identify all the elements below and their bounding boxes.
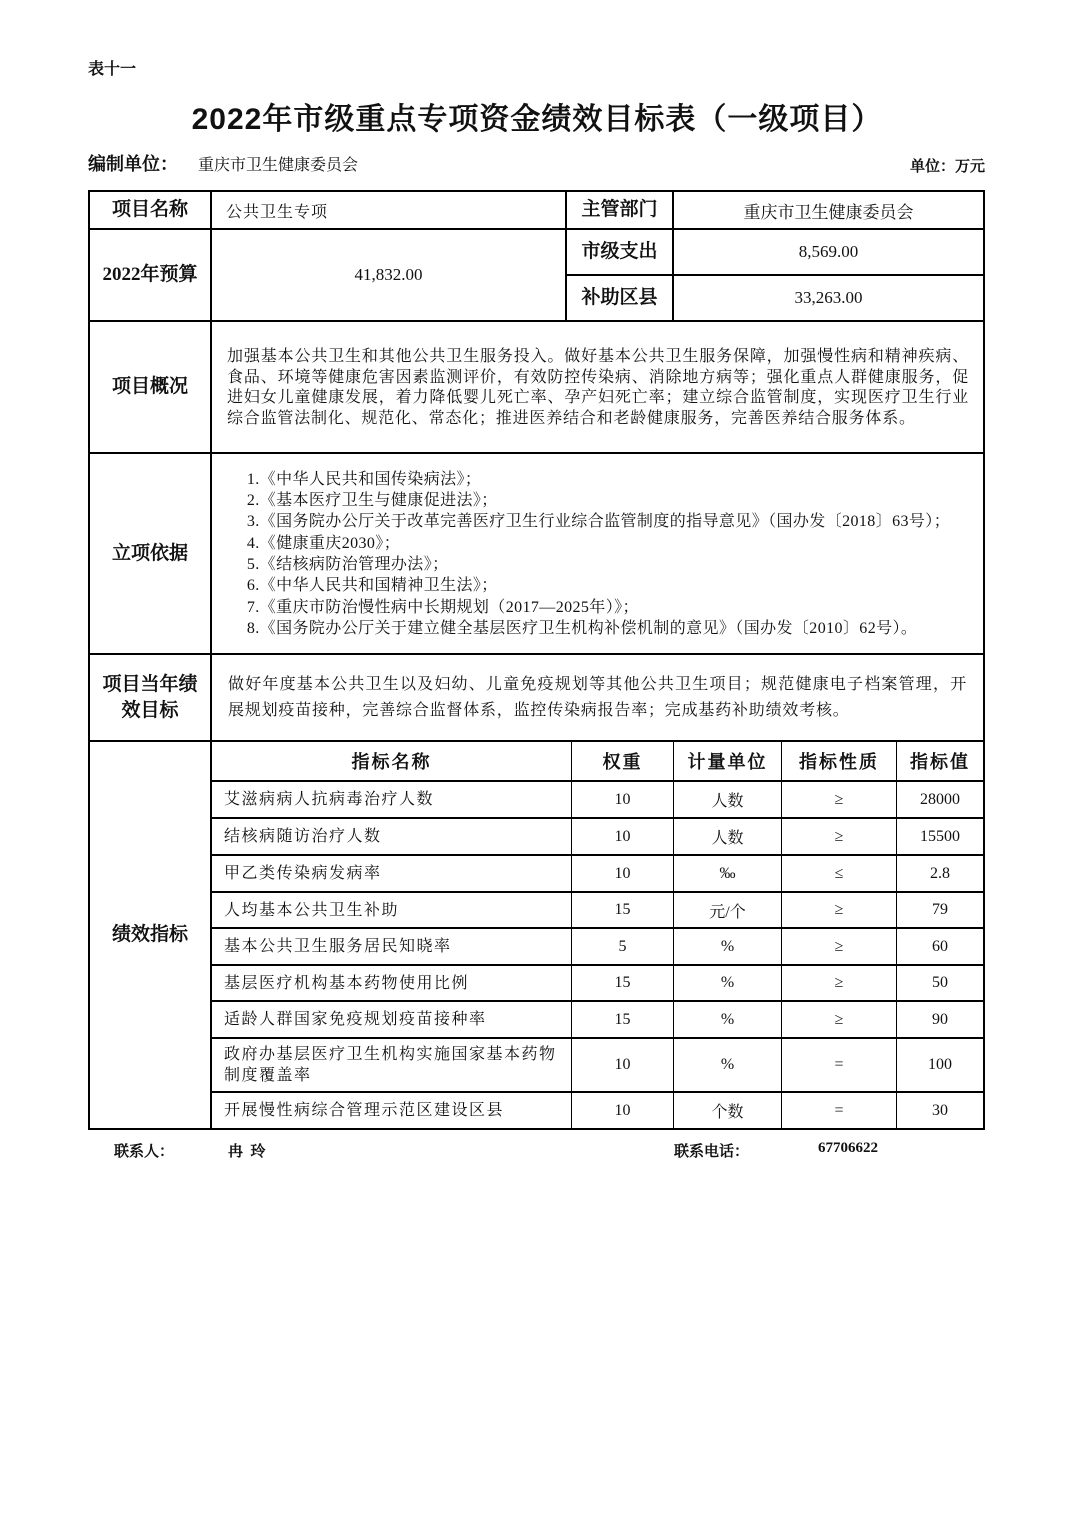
contact-row: 联系人： 冉 玲 联系电话： 67706622 <box>88 1138 985 1164</box>
indicator-name: 政府办基层医疗卫生机构实施国家基本药物制度覆盖率 <box>212 1039 572 1091</box>
contact-name: 冉 玲 <box>228 1140 266 1161</box>
indicator-name: 开展慢性病综合管理示范区建设区县 <box>212 1093 572 1128</box>
indicator-row: 甲乙类传染病发病率 10 ‰ ≤ 2.8 <box>212 856 983 893</box>
indicator-nature: ≥ <box>782 966 897 1000</box>
indicator-name: 结核病随访治疗人数 <box>212 819 572 854</box>
indicator-name: 人均基本公共卫生补助 <box>212 893 572 927</box>
indicator-weight: 5 <box>572 929 674 964</box>
annual-goal-text: 做好年度基本公共卫生以及妇幼、儿童免疫规划等其他公共卫生项目；规范健康电子档案管… <box>212 672 983 724</box>
annual-goal-row: 项目当年绩效目标 做好年度基本公共卫生以及妇幼、儿童免疫规划等其他公共卫生项目；… <box>90 655 983 742</box>
indicators-label: 绩效指标 <box>90 742 212 1128</box>
indicator-row: 人均基本公共卫生补助 15 元/个 ≥ 79 <box>212 893 983 929</box>
basis-item: 2.《基本医疗卫生与健康促进法》； <box>247 490 950 511</box>
indicator-weight: 15 <box>572 893 674 927</box>
budget-label: 2022年预算 <box>90 230 212 320</box>
indicator-nature: ≥ <box>782 929 897 964</box>
city-expense-label: 市级支出 <box>567 230 674 274</box>
indicator-name: 艾滋病病人抗病毒治疗人数 <box>212 782 572 817</box>
meta-row: 编制单位： 重庆市卫生健康委员会 单位：万元 <box>88 150 985 176</box>
budget-breakdown: 市级支出 8,569.00 补助区县 33,263.00 <box>567 230 983 320</box>
indicator-name: 基本公共卫生服务居民知晓率 <box>212 929 572 964</box>
city-expense-row: 市级支出 8,569.00 <box>567 230 983 276</box>
basis-item: 8.《国务院办公厅关于建立健全基层医疗卫生机构补偿机制的意见》（国办发〔2010… <box>247 618 950 639</box>
annual-goal-cell: 做好年度基本公共卫生以及妇幼、儿童免疫规划等其他公共卫生项目；规范健康电子档案管… <box>212 655 983 740</box>
department-label: 主管部门 <box>567 192 674 228</box>
overview-label: 项目概况 <box>90 322 212 452</box>
indicator-weight: 10 <box>572 819 674 854</box>
overview-row: 项目概况 加强基本公共卫生和其他公共卫生服务投入。做好基本公共卫生服务保障，加强… <box>90 322 983 454</box>
indicator-value: 15500 <box>897 819 983 854</box>
indicator-nature: ≥ <box>782 782 897 817</box>
indicator-value: 2.8 <box>897 856 983 891</box>
contact-label: 联系人： <box>114 1140 174 1161</box>
indicator-nature: = <box>782 1039 897 1091</box>
indicator-row: 艾滋病病人抗病毒治疗人数 10 人数 ≥ 28000 <box>212 782 983 819</box>
department-value: 重庆市卫生健康委员会 <box>674 192 983 228</box>
phone-value: 67706622 <box>818 1140 878 1157</box>
project-name-label: 项目名称 <box>90 192 212 228</box>
indicator-value: 100 <box>897 1039 983 1091</box>
header-weight: 权重 <box>572 742 674 780</box>
budget-row: 2022年预算 41,832.00 市级支出 8,569.00 补助区县 33,… <box>90 230 983 322</box>
basis-item: 7.《重庆市防治慢性病中长期规划（2017—2025年）》； <box>247 597 950 618</box>
indicator-value: 28000 <box>897 782 983 817</box>
basis-list: 1.《中华人民共和国传染病法》； 2.《基本医疗卫生与健康促进法》； 3.《国务… <box>235 464 960 643</box>
basis-label: 立项依据 <box>90 454 212 653</box>
basis-item: 4.《健康重庆2030》； <box>247 533 950 554</box>
basis-item: 1.《中华人民共和国传染病法》； <box>247 469 950 490</box>
indicator-row: 适龄人群国家免疫规划疫苗接种率 15 % ≥ 90 <box>212 1002 983 1039</box>
table-number: 表十一 <box>88 56 136 79</box>
indicator-value: 50 <box>897 966 983 1000</box>
performance-target-table: 项目名称 公共卫生专项 主管部门 重庆市卫生健康委员会 2022年预算 41,8… <box>88 190 985 1130</box>
indicator-value: 90 <box>897 1002 983 1037</box>
indicator-weight: 10 <box>572 856 674 891</box>
header-unit: 计量单位 <box>674 742 782 780</box>
basis-item: 3.《国务院办公厅关于改革完善医疗卫生行业综合监管制度的指导意见》（国办发〔20… <box>247 511 950 532</box>
indicator-nature: ≥ <box>782 893 897 927</box>
indicator-value: 30 <box>897 1093 983 1128</box>
project-name-value: 公共卫生专项 <box>212 192 567 228</box>
budget-value: 41,832.00 <box>212 230 567 320</box>
indicator-unit: 人数 <box>674 782 782 817</box>
indicator-row: 结核病随访治疗人数 10 人数 ≥ 15500 <box>212 819 983 856</box>
prepared-by: 编制单位： 重庆市卫生健康委员会 <box>88 150 358 176</box>
indicator-weight: 10 <box>572 782 674 817</box>
indicator-row: 基本公共卫生服务居民知晓率 5 % ≥ 60 <box>212 929 983 966</box>
basis-cell: 1.《中华人民共和国传染病法》； 2.《基本医疗卫生与健康促进法》； 3.《国务… <box>212 454 983 653</box>
indicator-weight: 15 <box>572 1002 674 1037</box>
district-subsidy-row: 补助区县 33,263.00 <box>567 276 983 320</box>
document-page: 表十一 2022年市级重点专项资金绩效目标表（一级项目） 编制单位： 重庆市卫生… <box>0 0 1074 1520</box>
project-name-row: 项目名称 公共卫生专项 主管部门 重庆市卫生健康委员会 <box>90 192 983 230</box>
basis-row: 立项依据 1.《中华人民共和国传染病法》； 2.《基本医疗卫生与健康促进法》； … <box>90 454 983 655</box>
phone-label: 联系电话： <box>674 1140 749 1161</box>
indicators-section: 绩效指标 指标名称 权重 计量单位 指标性质 指标值 艾滋病病人抗病毒治疗人数 … <box>90 742 983 1128</box>
indicator-unit: 元/个 <box>674 893 782 927</box>
indicator-weight: 15 <box>572 966 674 1000</box>
indicator-unit: % <box>674 929 782 964</box>
indicator-row: 政府办基层医疗卫生机构实施国家基本药物制度覆盖率 10 % = 100 <box>212 1039 983 1093</box>
indicator-nature: ≥ <box>782 1002 897 1037</box>
indicator-nature: = <box>782 1093 897 1128</box>
basis-item: 6.《中华人民共和国精神卫生法》； <box>247 575 950 596</box>
basis-item: 5.《结核病防治管理办法》； <box>247 554 950 575</box>
indicator-row: 基层医疗机构基本药物使用比例 15 % ≥ 50 <box>212 966 983 1002</box>
indicator-nature: ≤ <box>782 856 897 891</box>
page-title: 2022年市级重点专项资金绩效目标表（一级项目） <box>0 94 1074 138</box>
indicator-value: 60 <box>897 929 983 964</box>
district-subsidy-value: 33,263.00 <box>674 276 983 320</box>
indicator-unit: % <box>674 1002 782 1037</box>
city-expense-value: 8,569.00 <box>674 230 983 274</box>
indicator-value: 79 <box>897 893 983 927</box>
district-subsidy-label: 补助区县 <box>567 276 674 320</box>
overview-text: 加强基本公共卫生和其他公共卫生服务投入。做好基本公共卫生服务保障，加强慢性病和精… <box>212 339 983 435</box>
indicators-header-row: 指标名称 权重 计量单位 指标性质 指标值 <box>212 742 983 782</box>
indicators-table: 指标名称 权重 计量单位 指标性质 指标值 艾滋病病人抗病毒治疗人数 10 人数… <box>212 742 983 1128</box>
indicator-unit: ‰ <box>674 856 782 891</box>
indicator-row: 开展慢性病综合管理示范区建设区县 10 个数 = 30 <box>212 1093 983 1128</box>
prepared-by-label: 编制单位： <box>88 150 178 176</box>
overview-cell: 加强基本公共卫生和其他公共卫生服务投入。做好基本公共卫生服务保障，加强慢性病和精… <box>212 322 983 452</box>
header-nature: 指标性质 <box>782 742 897 780</box>
header-value: 指标值 <box>897 742 983 780</box>
indicator-unit: 个数 <box>674 1093 782 1128</box>
indicator-name: 适龄人群国家免疫规划疫苗接种率 <box>212 1002 572 1037</box>
indicator-name: 甲乙类传染病发病率 <box>212 856 572 891</box>
header-indicator-name: 指标名称 <box>212 742 572 780</box>
indicator-nature: ≥ <box>782 819 897 854</box>
indicator-unit: % <box>674 1039 782 1091</box>
indicator-weight: 10 <box>572 1039 674 1091</box>
annual-goal-label: 项目当年绩效目标 <box>90 655 212 740</box>
prepared-by-value: 重庆市卫生健康委员会 <box>198 152 358 175</box>
indicator-weight: 10 <box>572 1093 674 1128</box>
indicator-name: 基层医疗机构基本药物使用比例 <box>212 966 572 1000</box>
indicator-unit: 人数 <box>674 819 782 854</box>
unit-label: 单位：万元 <box>910 155 985 176</box>
indicator-unit: % <box>674 966 782 1000</box>
